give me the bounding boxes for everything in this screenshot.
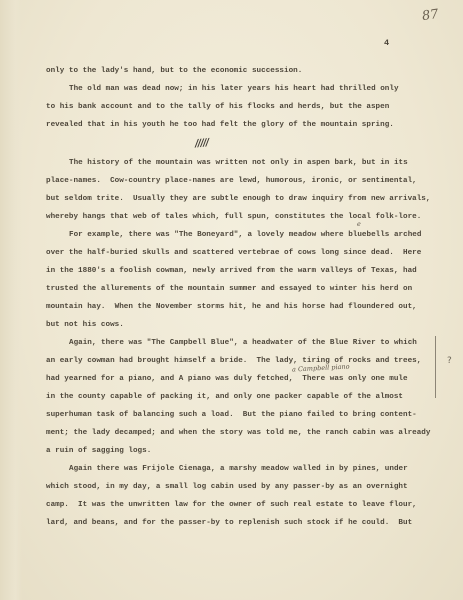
- typescript-line: but not his cows.: [46, 320, 124, 330]
- page-number: 4: [384, 38, 389, 48]
- document-page: 87 4 only to the lady's hand, but to the…: [0, 0, 463, 600]
- handwritten-correction-bluebells: e: [357, 220, 361, 228]
- typescript-line: mountain hay. When the November storms h…: [46, 302, 417, 312]
- typescript-line: but seldom trite. Usually they are subtl…: [46, 194, 430, 204]
- typescript-line: over the half-buried skulls and scattere…: [46, 248, 421, 258]
- typescript-line: a ruin of sagging logs.: [46, 446, 151, 456]
- typescript-line: camp. It was the unwritten law for the o…: [46, 500, 417, 510]
- typescript-line: to his bank account and to the tally of …: [46, 102, 389, 112]
- typescript-line: in the 1880's a foolish cowman, newly ar…: [46, 266, 417, 276]
- typescript-line: Again there was Frijole Cienaga, a marsh…: [69, 464, 408, 474]
- folio-annotation: 87: [421, 7, 439, 24]
- typescript-line: trusted the allurements of the mountain …: [46, 284, 412, 294]
- section-break-mark: /////: [194, 137, 208, 149]
- typescript-line: place-names. Cow-country place-names are…: [46, 176, 417, 186]
- typescript-line: an early cowman had brought himself a br…: [46, 356, 421, 366]
- page-edge-stain: [0, 0, 22, 600]
- typescript-line: The old man was dead now; in his later y…: [69, 84, 399, 94]
- typescript-line: revealed that in his youth he too had fe…: [46, 120, 394, 130]
- margin-query-mark: ?: [447, 356, 452, 366]
- margin-bracket: [435, 336, 439, 398]
- typescript-line: only to the lady's hand, but to the econ…: [46, 66, 302, 76]
- typescript-line: lard, and beans, and for the passer-by t…: [46, 518, 412, 528]
- typescript-line: The history of the mountain was written …: [69, 158, 408, 168]
- typescript-line: had yearned for a piano, and A piano was…: [46, 374, 408, 384]
- typescript-line: which stood, in my day, a small log cabi…: [46, 482, 408, 492]
- typescript-line: Again, there was "The Campbell Blue", a …: [69, 338, 417, 348]
- typescript-line: superhuman task of balancing such a load…: [46, 410, 417, 420]
- typescript-line: ment; the lady decamped; and when the st…: [46, 428, 430, 438]
- typescript-line: whereby hangs that web of tales which, f…: [46, 212, 421, 222]
- typescript-line: in the county capable of packing it, and…: [46, 392, 403, 402]
- handwritten-insert-campbell-piano: a Campbell piano: [292, 362, 350, 373]
- typescript-line: For example, there was "The Boneyard", a…: [69, 230, 421, 240]
